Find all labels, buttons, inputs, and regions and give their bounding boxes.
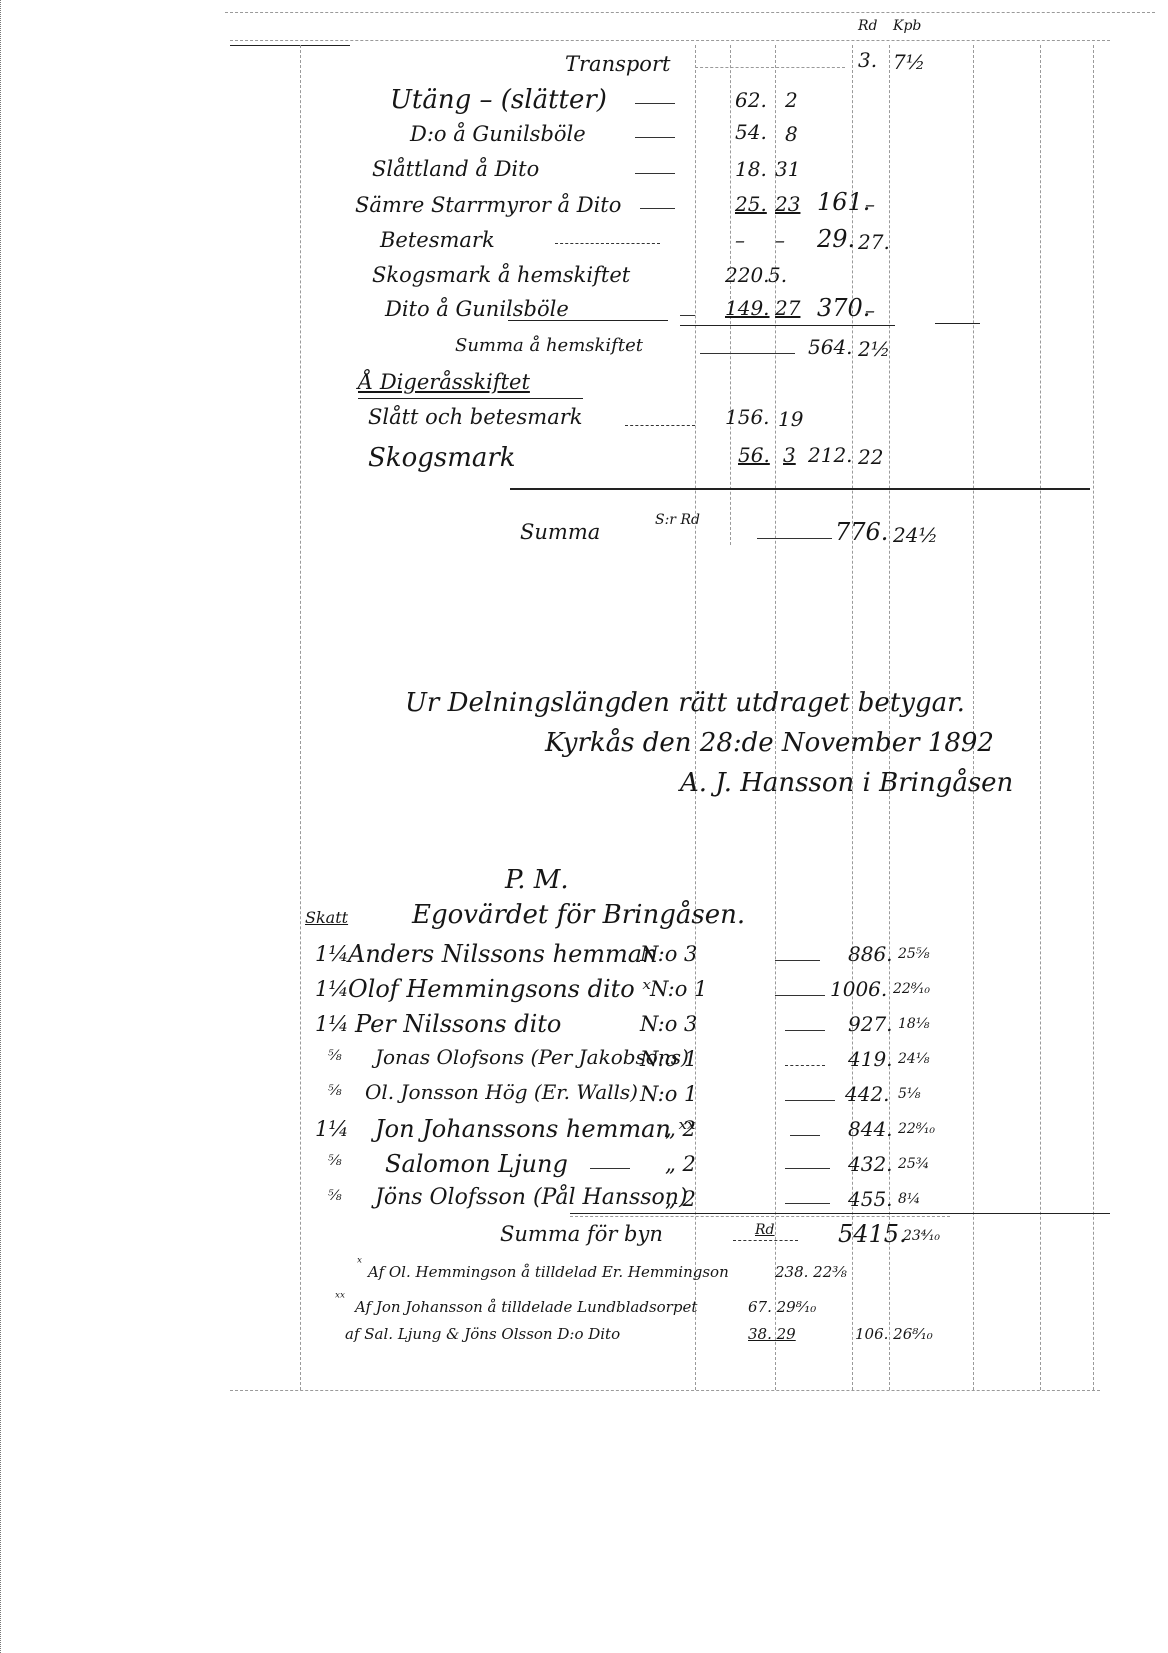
homestead-name: Per Nilssons dito <box>355 1010 561 1038</box>
value-fraction: 8¼ <box>898 1191 920 1207</box>
sub-value-kpb: 23 <box>775 192 800 216</box>
section-heading: Å Digeråsskiftet <box>358 370 530 394</box>
leader-dash <box>733 1240 798 1241</box>
leader-dash <box>757 538 832 539</box>
leader-dash <box>640 208 675 209</box>
homestead-name: Jöns Olofsson (Pål Hansson) <box>375 1185 688 1210</box>
column-guide <box>1040 45 1041 1390</box>
value: 432. <box>848 1152 893 1176</box>
value-fraction: 22⁸⁄₁₀ <box>893 981 930 997</box>
row-label: Dito å Gunilsböle <box>385 297 569 321</box>
sub-value: 18. <box>735 157 767 181</box>
homestead-name: Ol. Jonsson Hög (Er. Walls) <box>365 1080 638 1104</box>
grand-sum-line <box>510 488 1090 490</box>
leader-dash <box>775 995 825 996</box>
sum-line <box>570 1216 950 1217</box>
skatt-value: ⅝ <box>328 1048 342 1064</box>
leader-dash <box>785 1168 830 1169</box>
value: 886. <box>848 942 893 966</box>
total-value: 29. <box>817 225 855 253</box>
sub-value: 54. <box>735 120 767 144</box>
value-fraction: 25⅝ <box>898 946 929 962</box>
sub-value: 56. <box>738 443 770 467</box>
sub-value-kpb: 3 <box>783 443 796 467</box>
row-label: Slått och betesmark <box>368 405 583 429</box>
ruled-line <box>230 40 1110 41</box>
transport-rd: 3. <box>858 48 877 72</box>
footnote-text: Af Jon Johansson å tilldelade Lundbladso… <box>355 1298 697 1316</box>
sub-value-kpb: 5. <box>768 263 787 287</box>
leader-dash <box>625 425 695 426</box>
grand-total-unit: S:r Rd <box>655 512 700 528</box>
sub-value: 62. <box>735 88 767 112</box>
row-label: Utäng – (slätter) <box>390 85 607 115</box>
sum-line <box>570 1213 1110 1214</box>
leader-dash <box>590 1168 630 1169</box>
subtotal-label: Summa å hemskiftet <box>455 335 643 356</box>
certification-date: Kyrkås den 28:de November 1892 <box>545 728 994 758</box>
ruled-line <box>225 12 1155 13</box>
sub-value: 156. <box>725 405 770 429</box>
leader-dash <box>790 1135 820 1136</box>
column-header-skatt: Skatt <box>305 908 348 927</box>
row-label: Sämre Starrmyror å Dito <box>355 193 621 217</box>
footnote-value: 238. 22⅜ <box>775 1263 847 1281</box>
sub-value: 149. <box>725 296 770 320</box>
sub-value: – <box>735 228 745 252</box>
sub-value-kpb: – <box>775 228 785 252</box>
ruled-line <box>230 1390 1100 1391</box>
leader-dash <box>785 1203 830 1204</box>
transport-label: Transport <box>565 52 670 76</box>
skatt-value: 1¼ <box>315 977 349 1001</box>
value: 1006. <box>830 977 887 1001</box>
grand-total-kpb: 24½ <box>893 523 938 547</box>
homestead-number: N:o 1 <box>650 977 707 1001</box>
homestead-number: „ 2 <box>665 1187 696 1211</box>
skatt-value: 1¼ <box>315 1012 349 1036</box>
column-header-rd: Rd <box>858 18 878 34</box>
value: 419. <box>848 1047 893 1071</box>
sum-line <box>680 325 895 326</box>
homestead-number: N:o 3 <box>640 1012 697 1036</box>
value-fraction: 25¾ <box>898 1156 929 1172</box>
homestead-number: „ 2 <box>665 1152 696 1176</box>
total-value-kpb: 22 <box>858 445 883 469</box>
footnote-value: 67. 29⁸⁄₁₀ <box>748 1298 816 1316</box>
margin-guide <box>300 45 301 1390</box>
ruled-line <box>230 45 350 46</box>
value: 455. <box>848 1187 893 1211</box>
underline <box>508 320 668 321</box>
grand-total-rd: 776. <box>835 518 888 546</box>
sub-value: 220. <box>725 263 770 287</box>
homestead-number: N:o 1 <box>640 1082 697 1106</box>
homestead-name: Olof Hemmingsons dito ˣ <box>348 975 651 1003</box>
sub-value-kpb: 31 <box>775 157 800 181</box>
row-label: D:o å Gunilsböle <box>410 122 586 146</box>
homestead-number: „ 2 <box>665 1117 696 1141</box>
leader-dash <box>635 173 675 174</box>
homestead-name: Anders Nilssons hemman <box>348 940 658 968</box>
scan-edge <box>0 0 4 1653</box>
total-value: 370. <box>817 294 870 322</box>
skatt-value: ⅝ <box>328 1188 342 1204</box>
homestead-name: Salomon Ljung <box>385 1150 568 1178</box>
footnote-text: Af Ol. Hemmingson å tilldelad Er. Hemmin… <box>368 1263 729 1281</box>
column-guide <box>973 45 974 1390</box>
sub-value: 25. <box>735 192 767 216</box>
village-total-unit: Rd <box>755 1222 775 1238</box>
value-fraction: 24⅛ <box>898 1051 929 1067</box>
leader-dash <box>785 1030 825 1031</box>
total-value: 161. <box>817 188 870 216</box>
village-total-fraction: 23⁴⁄₁₀ <box>903 1228 940 1244</box>
leader-dash <box>635 137 675 138</box>
subtotal-kpb: 2½ <box>858 337 890 361</box>
column-header-kpb: Kpb <box>893 18 921 34</box>
homestead-name: Jon Johanssons hemman ˣˣ <box>375 1115 696 1143</box>
value: 844. <box>848 1117 893 1141</box>
document-page: Rd Kpb Transport 3. 7½ Utäng – (slätter)… <box>0 0 1168 1653</box>
leader-dash <box>785 1100 835 1101</box>
total-value-kpb: – <box>865 192 875 216</box>
section-underline <box>358 398 583 399</box>
certification-signature: A. J. Hansson i Bringåsen <box>680 768 1013 798</box>
sub-value-kpb: 27 <box>775 296 800 320</box>
transport-kpb: 7½ <box>893 50 925 74</box>
certification-line-1: Ur Delningslängden rätt utdraget betygar… <box>405 688 965 718</box>
grand-total-label: Summa <box>520 520 600 544</box>
homestead-number: N:o 3 <box>640 942 697 966</box>
village-total-label: Summa för byn <box>500 1222 663 1246</box>
column-guide <box>1093 45 1094 1390</box>
value: 927. <box>848 1012 893 1036</box>
sub-value-kpb: 19 <box>778 407 803 431</box>
sum-line <box>935 323 980 324</box>
value-fraction: 18⅛ <box>898 1016 929 1032</box>
leader-dash <box>775 960 820 961</box>
value-fraction: 5⅛ <box>898 1086 920 1102</box>
leader-dash <box>700 353 795 354</box>
ruled-line <box>695 67 845 68</box>
footnote-mark: ˣ <box>357 1255 362 1271</box>
total-value: 212. <box>808 443 853 467</box>
total-value-kpb: 27. <box>858 230 890 254</box>
skatt-value: 1¼ <box>315 942 349 966</box>
leader-dash <box>635 103 675 104</box>
skatt-value: 1¼ <box>315 1117 349 1141</box>
row-label: Slåttland å Dito <box>372 157 539 181</box>
footnote-value: 38. 29 <box>748 1325 796 1343</box>
column-guide <box>730 45 731 545</box>
sub-value-kpb: 2 <box>785 88 798 112</box>
pm-initials: P. M. <box>505 865 569 895</box>
value: 442. <box>845 1082 890 1106</box>
footnote-mark: ˣˣ <box>335 1290 345 1306</box>
footnote-total: 106. 26⁸⁄₁₀ <box>855 1325 933 1343</box>
sub-value-kpb: 8 <box>785 122 798 146</box>
footnote-text: af Sal. Ljung & Jöns Olsson D:o Dito <box>345 1325 620 1343</box>
leader-dash <box>680 315 695 316</box>
skatt-value: ⅝ <box>328 1083 342 1099</box>
row-label: Betesmark <box>380 228 495 252</box>
leader-dash <box>555 243 660 244</box>
total-value-kpb: – <box>865 298 875 322</box>
village-total-value: 5415. <box>838 1220 907 1248</box>
row-label: Skogsmark <box>368 443 516 473</box>
subtotal-rd: 564. <box>808 335 853 359</box>
value-fraction: 22⁸⁄₁₀ <box>898 1121 935 1137</box>
row-label: Skogsmark å hemskiftet <box>372 263 630 287</box>
skatt-value: ⅝ <box>328 1153 342 1169</box>
leader-dash <box>785 1065 825 1066</box>
valuation-title: Egovärdet för Bringåsen. <box>412 900 745 930</box>
homestead-number: N:o 1 <box>640 1047 697 1071</box>
